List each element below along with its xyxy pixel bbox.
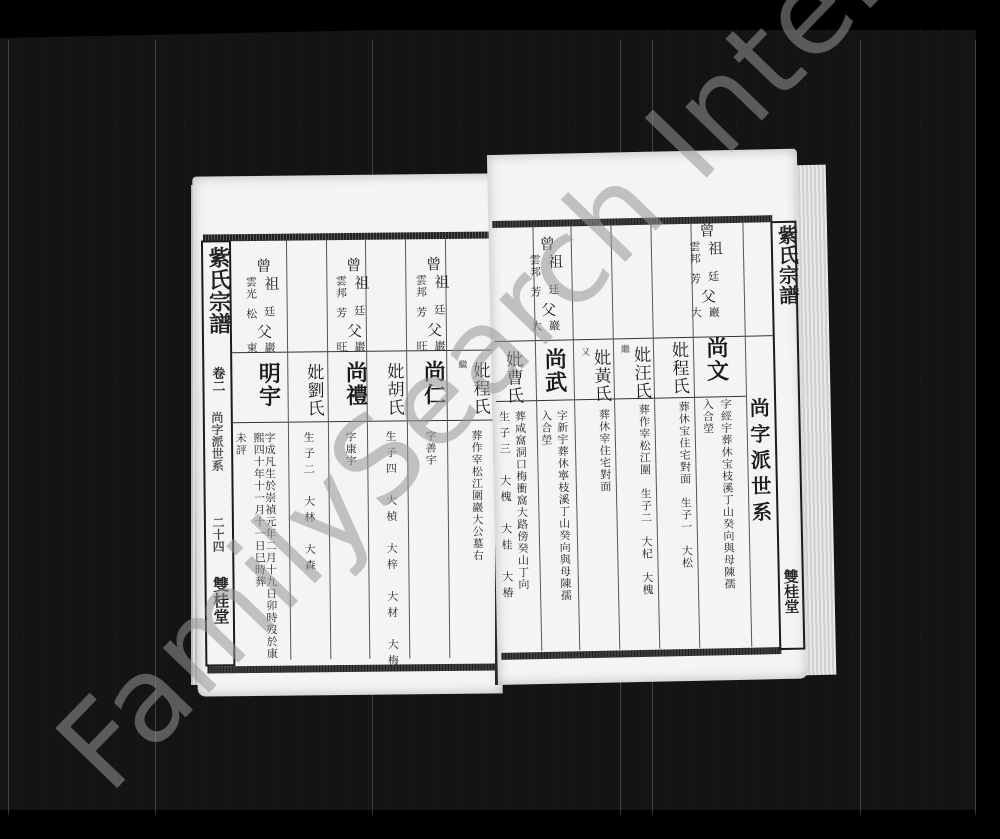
record-text: 入合塋: [702, 398, 714, 434]
spouse-name: 妣黃氏: [591, 349, 609, 403]
film-border-bottom: [0, 815, 1000, 839]
hall-name: 雙桂堂: [781, 569, 803, 614]
film-border-right: [976, 0, 1000, 839]
book-title: 紫氏宗譜: [203, 246, 235, 334]
ancestor-header: 曾 雲光 祖 松 廷 父 東 巖: [241, 258, 284, 368]
ancestor-header: 曾 雲邦 祖 芳 廷 父 大 巖: [684, 222, 728, 333]
ancestor-header: 曾 雲邦 祖 芳 廷 父 旺 巖: [411, 256, 454, 366]
person-name: 尚武: [543, 348, 566, 394]
person-name: 明宇: [257, 362, 279, 408]
record-text: 葬休宝住宅對面 生子一 大松: [678, 401, 693, 569]
record-text: 葬作宰松江圍 生子二 大杞 大槐: [638, 404, 653, 596]
page-number: 二十四: [210, 516, 227, 552]
record-text: 字成凡生於崇禎元年二月十九日卯時歿於康熙四十年十一月十一日巳時葬: [253, 432, 277, 662]
record-text: 生子四 大楨 大梓 大材 大梅: [385, 430, 399, 670]
spouse-name: 妣曹氏: [503, 350, 521, 404]
ancestor-header: 曾 雲邦 祖 芳 廷 父 旺 巖: [331, 257, 374, 367]
hall-name: 雙桂堂: [208, 576, 232, 624]
open-genealogy-book: 紫氏宗譜 卷二 尚字派世系 二十四 雙桂堂 曾 雲光 祖 松 廷 父 東 巖 曾…: [195, 155, 835, 695]
spouse-name: 妣程氏: [669, 341, 687, 395]
person-name: 尚文: [705, 336, 728, 382]
book-title: 紫氏宗譜: [772, 225, 803, 306]
record-text: 字經宇葬休宝枝溪丁山癸向與母陳孺: [720, 398, 735, 590]
person-name: 尚仁: [422, 360, 444, 406]
right-page: 紫氏宗譜 雙桂堂 曾 雲邦 祖 芳 廷 父 大 巖 曾 雲邦 祖 芳 廷 父 大…: [487, 149, 808, 685]
record-text: 字康宇: [345, 431, 356, 467]
ancestor-header: 曾 雲邦 祖 芳 廷 父 大 巖: [525, 235, 569, 346]
spouse-name: 妣汪氏: [631, 346, 649, 400]
record-text: 葬休宰住宅對面: [598, 409, 611, 493]
spouse-name: 妣劉氏: [304, 363, 322, 417]
record-text: 葬作宰松江圍巖大公墓右: [471, 430, 483, 562]
record-text: 未評: [235, 432, 246, 456]
person-name: 尚禮: [344, 361, 366, 407]
section-title: 尚字派世系: [748, 397, 771, 527]
record-text: 字新宇葬休寧枝溪丁山癸向與母陳孺: [556, 409, 571, 601]
left-page: 紫氏宗譜 卷二 尚字派世系 二十四 雙桂堂 曾 雲光 祖 松 廷 父 東 巖 曾…: [192, 173, 502, 696]
record-text: 葬咸窩洞口梅衝窩大路傍癸山丁向: [514, 410, 529, 590]
record-text: 入合塋: [540, 410, 552, 446]
spouse-name: 妣胡氏: [384, 362, 402, 416]
record-text: 生子二 大林 大森: [303, 431, 316, 575]
volume-label: 卷二: [207, 366, 226, 392]
record-text: 字善宇: [425, 430, 436, 466]
section-label: 尚字派世系: [209, 411, 227, 471]
spouse-name: 妣程氏: [470, 362, 488, 416]
record-text: 生子三 大槐 大桂 大椿: [498, 411, 513, 603]
